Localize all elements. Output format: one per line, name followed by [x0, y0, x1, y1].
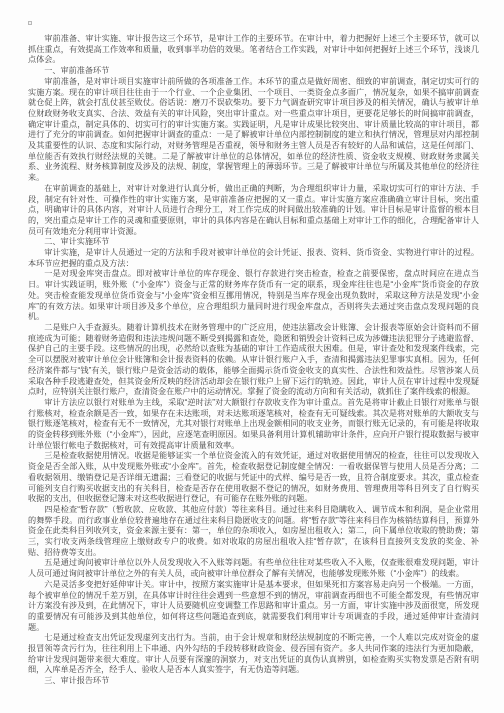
body-paragraph: 审前准备、审计实施、审计报告这三个环节，是审计工作的主要环节。在审计中，着力把握…	[28, 34, 479, 66]
body-paragraph: 审前准备，是对审计项目实施审计前所做的各项准备工作。本环节的重点是做好周密、细致…	[28, 77, 479, 184]
body-paragraph: 五是通过询问被审计单位以外人员发现收入不入账等问题。有些单位往往对某些收入不入账…	[28, 558, 479, 579]
section-heading: 三、审计报告环节	[28, 676, 479, 687]
body-paragraph: 三是检查收据使用情况。收据是能够证实一个单位资金流入的有效凭证，通过对收据使用情…	[28, 451, 479, 505]
section-heading: 二、审计实施环节	[28, 237, 479, 248]
body-paragraph: 一是对现金库突击盘点。即对被审计单位的库存现金、银行存款进行突击检查，检查之前要…	[28, 269, 479, 323]
anchor-marker	[28, 21, 32, 25]
section-heading: 一、审前准备环节	[28, 66, 479, 77]
body-paragraph: 六是灵活多变把好延伸审计关。审计中，按照方案实施审计是基本要求，但如果死扣方案容…	[28, 580, 479, 634]
body-paragraph: 二是账户入手查源头。随着计算机技术在财务管理中的广泛应用，使违法篡改会计账簿、会…	[28, 323, 479, 398]
body-paragraph: 审计方法应以银行对账单为主线，采取“逆时法”对大额银行存款收支作为审计重点。首先…	[28, 398, 479, 452]
body-paragraph: 审计实施，是审计人员通过一定的方法和手段对被审计单位的会计凭证、报表、资料、货币…	[28, 248, 479, 269]
body-paragraph: 七是通过检查支出凭证发现虚列支出行为。当前，由于会计规章和财经法规制度的不断完善…	[28, 633, 479, 676]
body-paragraph: 在审前调查的基础上，对审计对象进行认真分析，做出正确的判断，为合理组织审计力量，…	[28, 184, 479, 238]
document-body: 审前准备、审计实施、审计报告这三个环节，是审计工作的主要环节。在审计中，着力把握…	[28, 34, 479, 687]
document-page: 审前准备、审计实施、审计报告这三个环节，是审计工作的主要环节。在审计中，着力把握…	[0, 0, 504, 713]
body-paragraph: 四是检查“暂存款”（暂收款、应收款、其他应付款）等往来科目。通过往来科目隐瞒收入…	[28, 505, 479, 559]
